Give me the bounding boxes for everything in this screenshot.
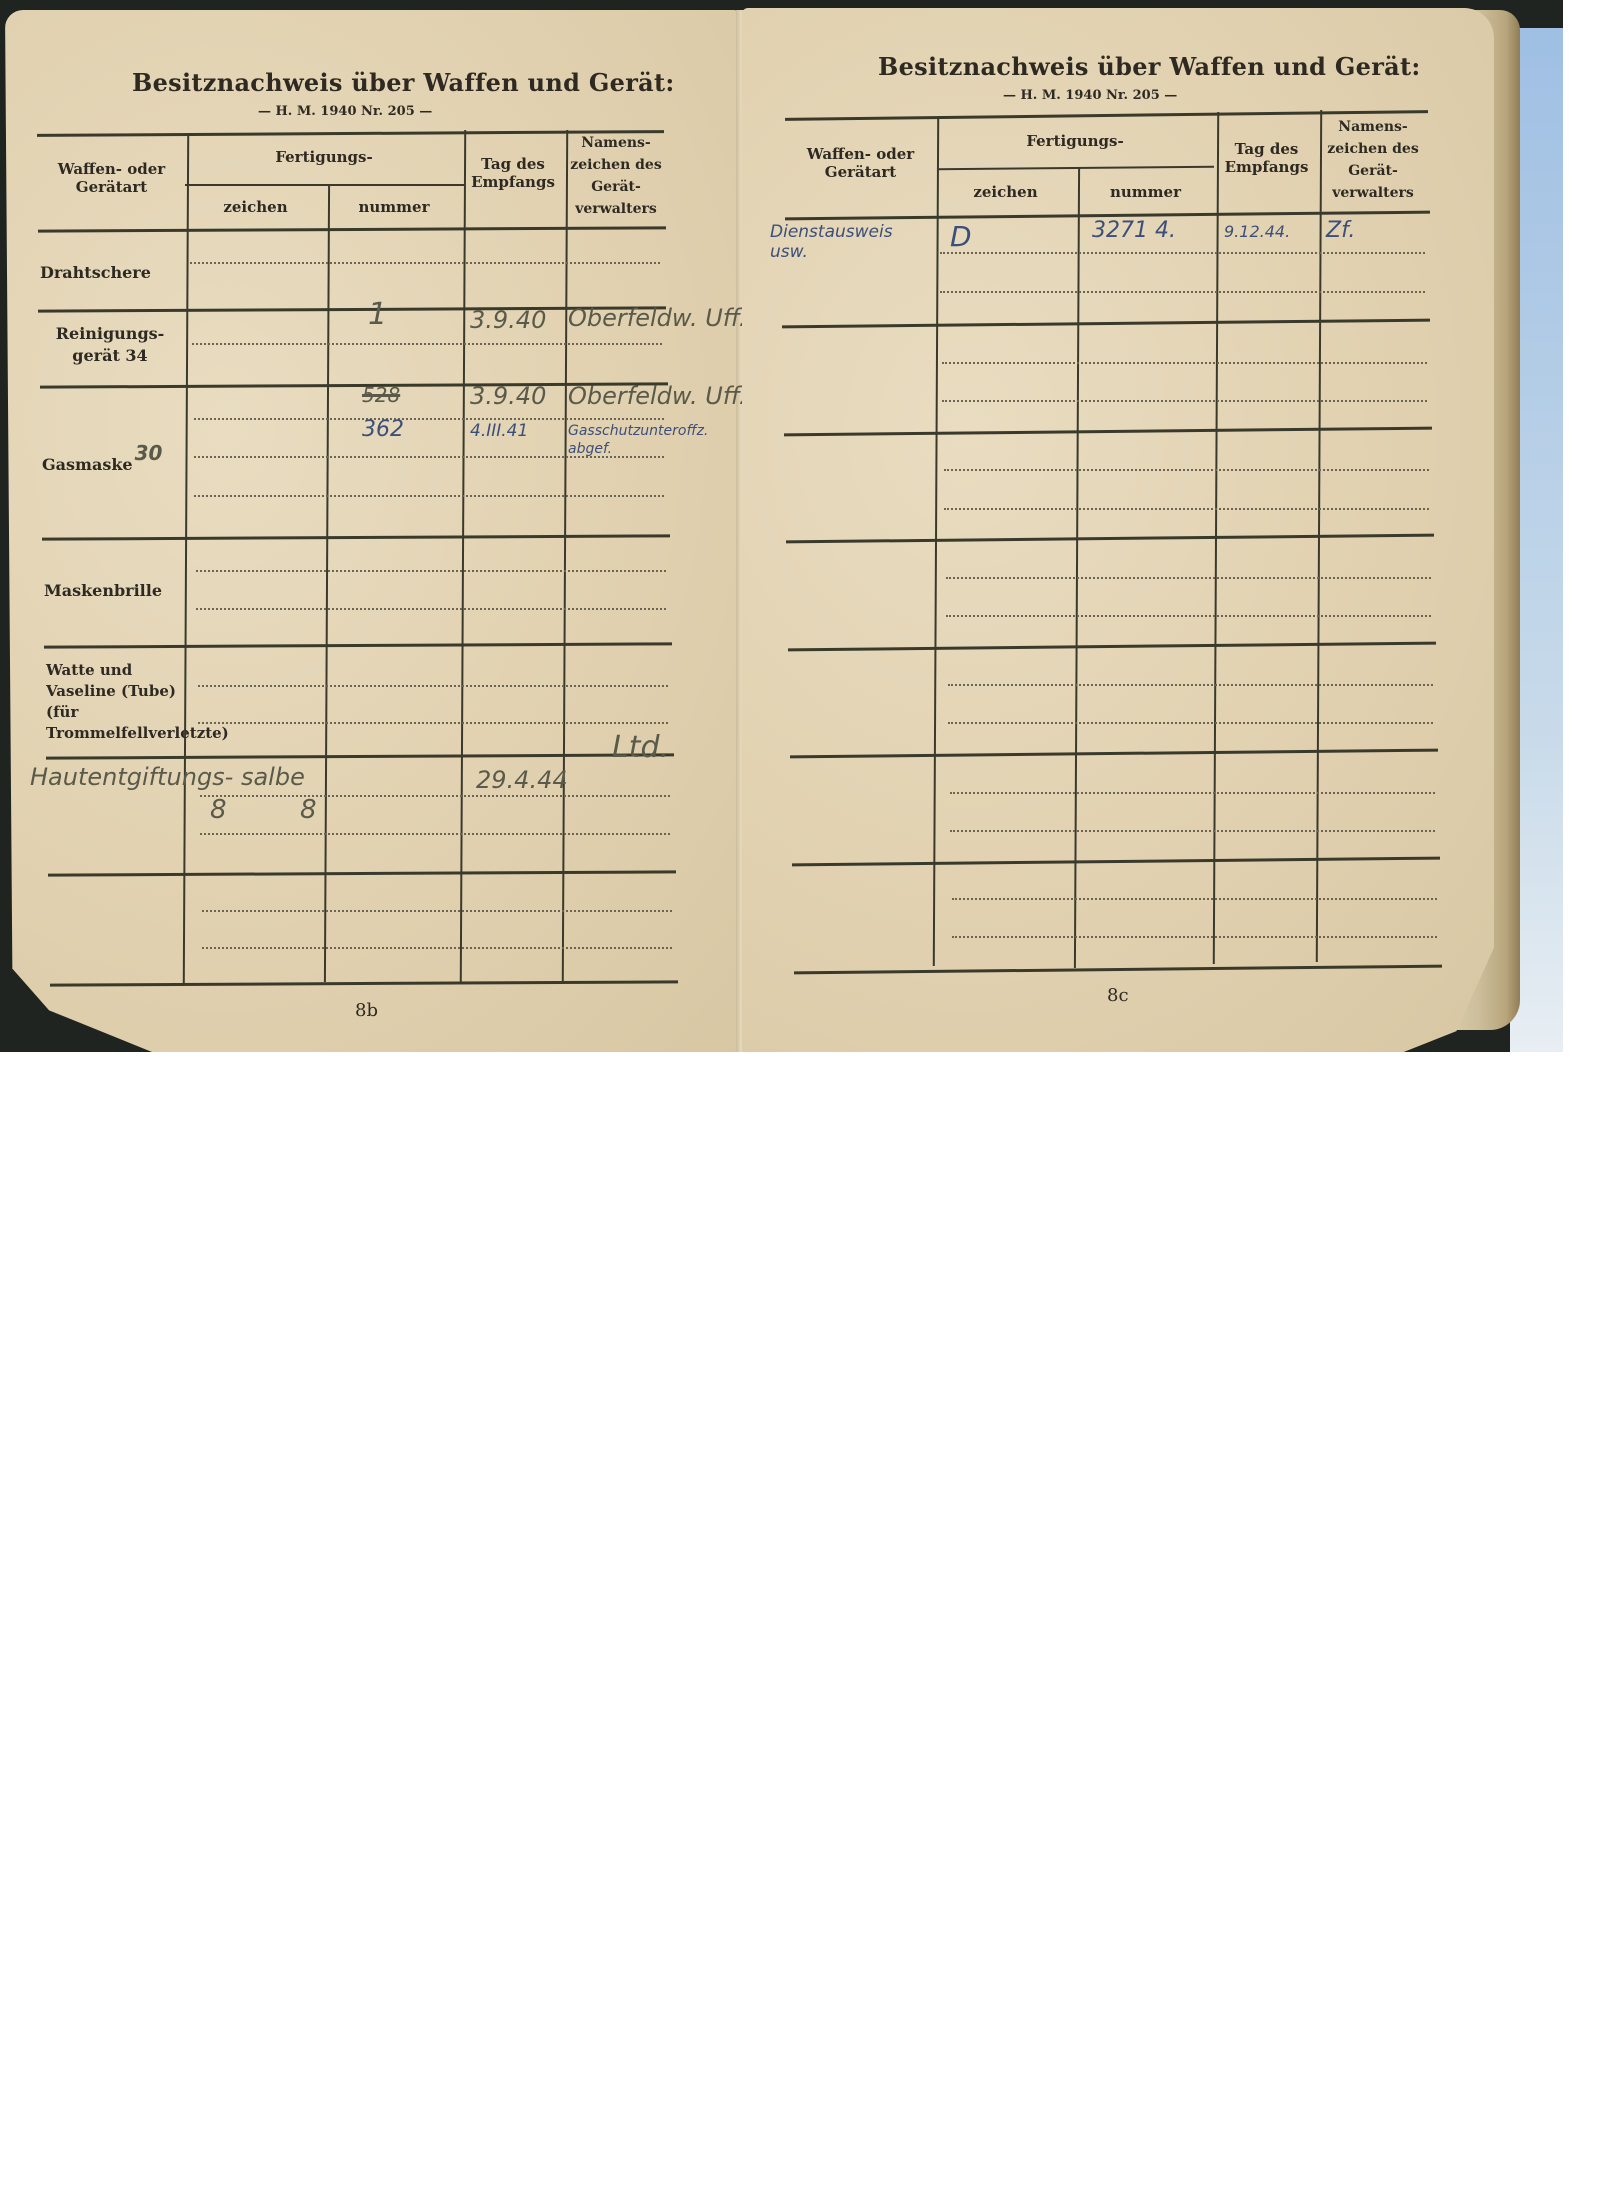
header-number: nummer xyxy=(326,198,462,216)
dotted-entry-line xyxy=(946,615,1431,617)
dotted-entry-line xyxy=(940,291,1425,293)
dotted-entry-line xyxy=(202,910,672,912)
header-signature: Namens- zeichen des Gerät- verwalters xyxy=(1318,116,1428,204)
handwritten-signature: Ltd. xyxy=(612,730,669,765)
header-number: nummer xyxy=(1076,183,1215,201)
dotted-entry-line xyxy=(200,795,670,797)
handwritten-item: Dienstausweis usw. xyxy=(770,222,930,262)
dotted-entry-line xyxy=(944,469,1429,471)
dotted-entry-line xyxy=(198,722,668,724)
item-label: Watte und Vaseline (Tube) (für Trommelfe… xyxy=(46,660,186,744)
dotted-entry-line xyxy=(198,685,668,687)
header-date: Tag des Empfangs xyxy=(1215,140,1318,176)
dotted-entry-line xyxy=(952,898,1437,900)
dotted-entry-line xyxy=(946,577,1431,579)
item-label: Drahtschere xyxy=(40,262,151,284)
header-manufacture: Fertigungs- xyxy=(185,148,463,166)
dotted-entry-line xyxy=(952,936,1437,938)
dotted-entry-line xyxy=(194,495,664,497)
page-number: 8c xyxy=(1107,985,1129,1006)
struck-number: 528 xyxy=(362,383,400,407)
handwritten-date: 3.9.40 xyxy=(470,382,546,410)
handwritten-date: 9.12.44. xyxy=(1224,222,1290,241)
dotted-entry-line xyxy=(948,684,1433,686)
dotted-entry-line xyxy=(192,343,662,345)
handwritten-mark: 8 xyxy=(210,795,227,825)
dotted-entry-line xyxy=(194,418,664,420)
right-page-title: Besitznachweis über Waffen und Gerät: xyxy=(878,52,1421,81)
item-label: Maskenbrille xyxy=(44,580,162,602)
scanned-booklet: Besitznachweis über Waffen und Gerät: — … xyxy=(0,0,1563,1052)
left-page-subtitle: — H. M. 1940 Nr. 205 — xyxy=(258,104,432,119)
item-label: Gasmaske30 xyxy=(42,452,162,476)
handwritten-number: 362 xyxy=(362,417,404,442)
handwritten-date: 3.9.40 xyxy=(470,306,546,334)
header-date: Tag des Empfangs xyxy=(462,155,564,191)
left-page-title: Besitznachweis über Waffen und Gerät: xyxy=(132,68,675,97)
dotted-entry-line xyxy=(948,722,1433,724)
handwritten-date: 4.III.41 xyxy=(470,421,528,441)
header-sub-rule xyxy=(185,184,465,186)
handwritten-signature: Oberfeldw. Uffz. xyxy=(568,382,760,410)
page-number: 8b xyxy=(355,1000,378,1021)
dotted-entry-line xyxy=(200,833,670,835)
handwritten-annotation: 30 xyxy=(135,441,163,465)
item-label: Reinigungs- gerät 34 xyxy=(40,323,180,367)
dotted-entry-line xyxy=(950,830,1435,832)
handwritten-signature: Gasschutzunteroffz. abgef. xyxy=(568,422,708,458)
handwritten-signature: Zf. xyxy=(1326,218,1355,243)
header-manufacture: Fertigungs- xyxy=(935,132,1215,150)
dotted-entry-line xyxy=(944,508,1429,510)
dotted-entry-line xyxy=(942,400,1427,402)
dotted-entry-line xyxy=(190,262,660,264)
handwritten-signature: Oberfeldw. Uffz. xyxy=(568,304,760,332)
dotted-entry-line xyxy=(196,608,666,610)
header-mark: zeichen xyxy=(935,183,1076,201)
header-signature: Namens- zeichen des Gerät- verwalters xyxy=(564,132,668,220)
header-item-type: Waffen- oder Gerätart xyxy=(786,145,935,181)
handwritten-number: 1 xyxy=(368,297,387,332)
dotted-entry-line xyxy=(196,570,666,572)
dotted-entry-line xyxy=(942,362,1427,364)
dotted-entry-line xyxy=(940,252,1425,254)
handwritten-mark: D xyxy=(950,220,972,253)
handwritten-date: 29.4.44 xyxy=(476,766,568,794)
header-item-type: Waffen- oder Gerätart xyxy=(38,160,185,196)
right-page-subtitle: — H. M. 1940 Nr. 205 — xyxy=(1003,88,1177,103)
header-mark: zeichen xyxy=(185,198,326,216)
dotted-entry-line xyxy=(950,792,1435,794)
handwritten-item: Hautentgiftungs- salbe xyxy=(30,760,350,794)
handwritten-number: 8 xyxy=(300,795,317,825)
dotted-entry-line xyxy=(202,947,672,949)
handwritten-number: 3271 4. xyxy=(1092,218,1176,243)
